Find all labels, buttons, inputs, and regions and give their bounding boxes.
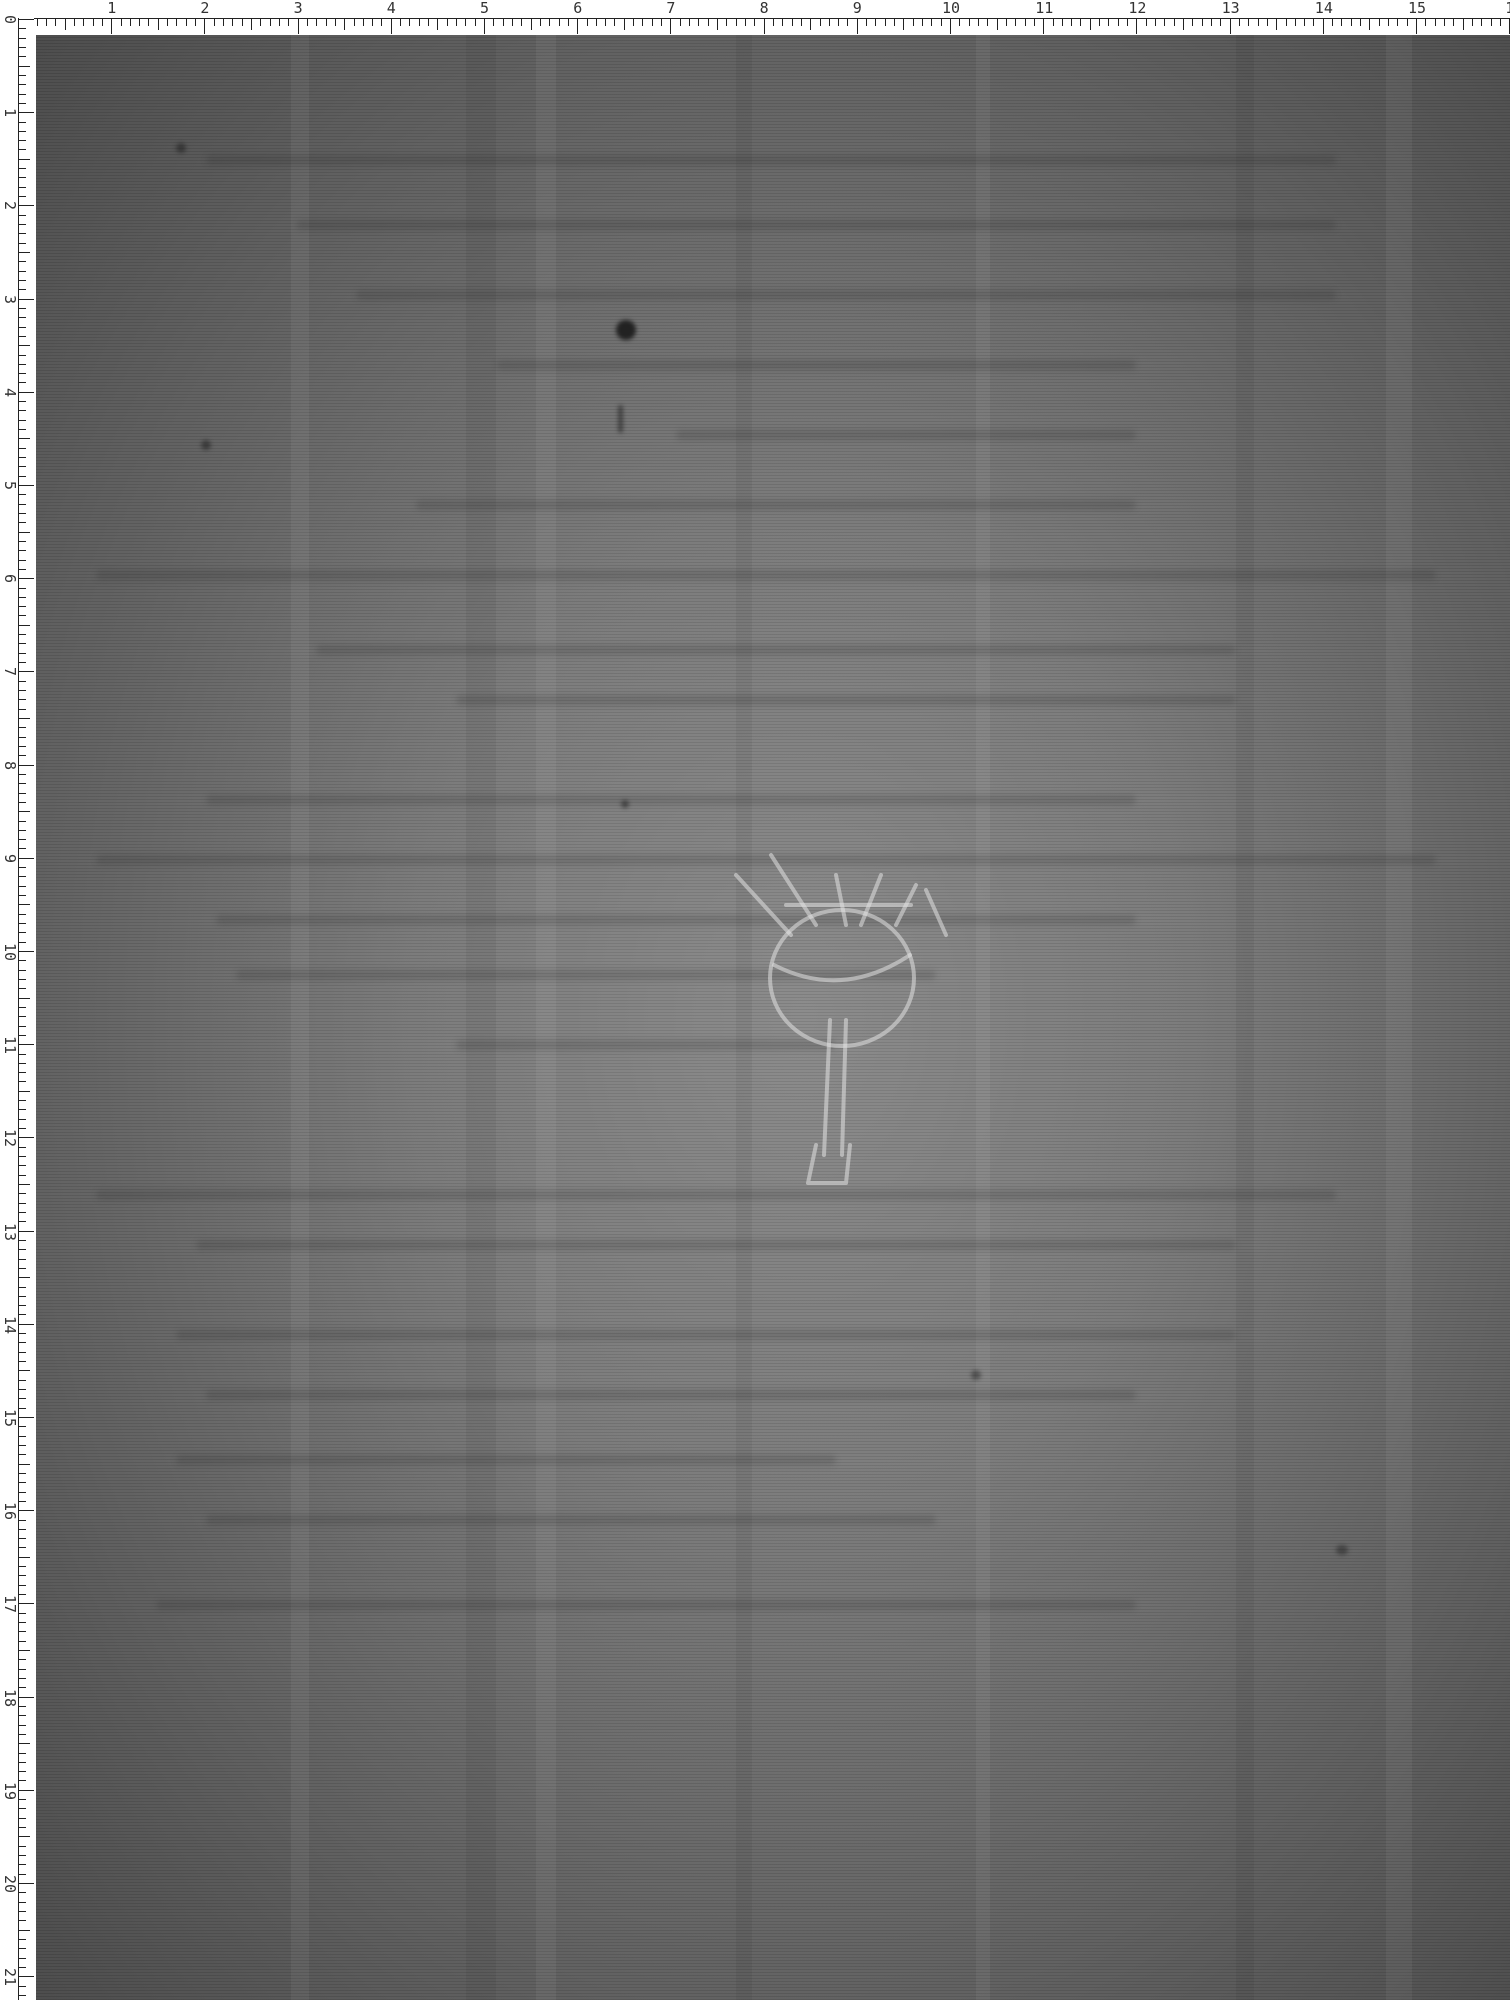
ruler-label: 9: [2, 854, 17, 863]
ruler-label: 5: [2, 481, 17, 490]
ruler-label: 11: [2, 1036, 17, 1054]
ink-spot: [201, 440, 211, 450]
ruler-label: 3: [294, 1, 303, 16]
ruler-label: 14: [1315, 1, 1333, 16]
ink-spot: [1336, 1545, 1348, 1555]
ruler-label: 9: [853, 1, 862, 16]
ruler-label: 6: [2, 574, 17, 583]
ruler-label: 6: [573, 1, 582, 16]
ruler-label: 2: [200, 1, 209, 16]
ink-spot: [618, 405, 623, 433]
ruler-label: 0: [2, 15, 17, 24]
ruler-label: 12: [2, 1129, 17, 1147]
ruler-label: 20: [2, 1875, 17, 1893]
vertical-ruler: 0123456789101112131415161718192021: [0, 0, 34, 2000]
ruler-label: 1: [2, 108, 17, 117]
ink-spot: [621, 800, 629, 808]
ink-spot: [176, 143, 186, 153]
ruler-label: 4: [2, 388, 17, 397]
ruler-label: 8: [2, 761, 17, 770]
ruler-label: 12: [1128, 1, 1146, 16]
ink-spot: [616, 320, 636, 340]
ruler-label: 15: [1408, 1, 1426, 16]
ruler-label: 3: [2, 295, 17, 304]
ruler-label: 4: [387, 1, 396, 16]
ruler-label: 7: [2, 667, 17, 676]
ruler-label: 13: [1222, 1, 1240, 16]
ruler-label: 10: [942, 1, 960, 16]
ruler-label: 1: [1505, 1, 1510, 16]
ruler-label: 19: [2, 1782, 17, 1800]
ruler-label: 15: [2, 1409, 17, 1427]
ruler-label: 1: [107, 1, 116, 16]
paper-scan: [36, 35, 1510, 2000]
horizontal-ruler: 01234567891011121314151: [0, 0, 1510, 34]
ruler-label: 8: [760, 1, 769, 16]
ruler-label: 7: [666, 1, 675, 16]
ruler-label: 10: [2, 943, 17, 961]
ruler-label: 14: [2, 1316, 17, 1334]
ruler-label: 17: [2, 1595, 17, 1613]
watermark-icon: [696, 815, 1016, 1265]
ruler-label: 11: [1035, 1, 1053, 16]
ruler-label: 5: [480, 1, 489, 16]
ruler-label: 13: [2, 1223, 17, 1241]
ruler-label: 21: [2, 1968, 17, 1986]
ruler-label: 2: [2, 201, 17, 210]
ink-spot: [971, 1370, 981, 1380]
ruler-label: 16: [2, 1502, 17, 1520]
ruler-label: 18: [2, 1689, 17, 1707]
